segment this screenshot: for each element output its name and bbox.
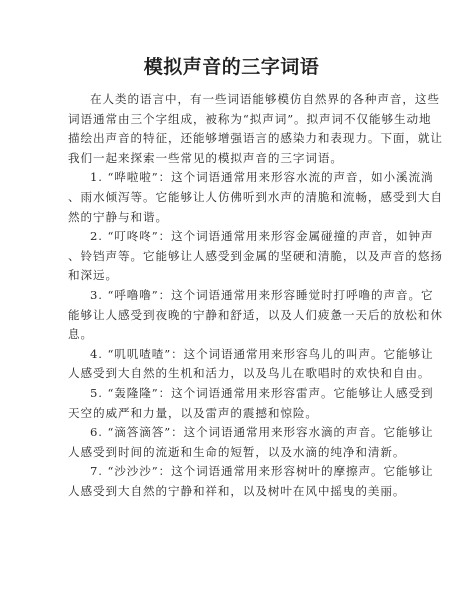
list-item-7: 7. “沙沙沙”：这个词语通常用来形容树叶的摩擦声。它能够让 人感受到大自然的宁… <box>68 462 398 501</box>
text-line: 、雨水倾泻等。它能够让人仿佛听到水声的清脆和流畅，感受到大自 <box>68 188 398 208</box>
text-line: 4. “叽叽喳喳”：这个词语通常用来形容鸟儿的叫声。它能够让 <box>68 345 398 365</box>
document-title: 模拟声音的三字词语 <box>0 52 463 79</box>
text-line: 5. “轰隆隆”：这个词语通常用来形容雷声。它能够让人感受到 <box>68 384 398 404</box>
text-line: 2. “叮咚咚”：这个词语通常用来形容金属碰撞的声音，如钟声 <box>68 227 398 247</box>
list-item-3: 3. “呼噜噜”：这个词语通常用来形容睡觉时打呼噜的声音。它 能够让人感受到夜晚… <box>68 286 398 345</box>
text-line: 息。 <box>68 325 398 345</box>
text-line: 人感受到时间的流逝和生命的短暂，以及水滴的纯净和清新。 <box>68 443 398 463</box>
text-line: 天空的威严和力量，以及雷声的震撼和惊险。 <box>68 404 398 424</box>
text-line: 描绘出声音的特征，还能够增强语言的感染力和表现力。下面，就让 <box>68 129 398 149</box>
text-line: 词语通常由三个字组成，被称为“拟声词”。拟声词不仅能够生动地 <box>68 110 398 130</box>
text-line: 人感受到大自然的宁静和祥和，以及树叶在风中摇曳的美丽。 <box>68 482 398 502</box>
text-line: 1. “哗啦啦”：这个词语通常用来形容水流的声音，如小溪流淌 <box>68 168 398 188</box>
text-line: 3. “呼噜噜”：这个词语通常用来形容睡觉时打呼噜的声音。它 <box>68 286 398 306</box>
text-line: 人感受到大自然的生机和活力，以及鸟儿在歌唱时的欢快和自由。 <box>68 364 398 384</box>
text-line: 6. “滴答滴答”：这个词语通常用来形容水滴的声音。它能够让 <box>68 423 398 443</box>
text-line: 7. “沙沙沙”：这个词语通常用来形容树叶的摩擦声。它能够让 <box>68 462 398 482</box>
list-item-6: 6. “滴答滴答”：这个词语通常用来形容水滴的声音。它能够让 人感受到时间的流逝… <box>68 423 398 462</box>
text-line: 在人类的语言中，有一些词语能够模仿自然界的各种声音，这些 <box>68 90 398 110</box>
list-item-4: 4. “叽叽喳喳”：这个词语通常用来形容鸟儿的叫声。它能够让 人感受到大自然的生… <box>68 345 398 384</box>
document-body: 在人类的语言中，有一些词语能够模仿自然界的各种声音，这些 词语通常由三个字组成，… <box>68 90 398 501</box>
text-line: 我们一起来探索一些常见的模拟声音的三字词语。 <box>68 149 398 169</box>
intro-paragraph: 在人类的语言中，有一些词语能够模仿自然界的各种声音，这些 词语通常由三个字组成，… <box>68 90 398 168</box>
list-item-5: 5. “轰隆隆”：这个词语通常用来形容雷声。它能够让人感受到 天空的威严和力量，… <box>68 384 398 423</box>
text-line: 、铃铛声等。它能够让人感受到金属的坚硬和清脆，以及声音的悠扬 <box>68 247 398 267</box>
list-item-2: 2. “叮咚咚”：这个词语通常用来形容金属碰撞的声音，如钟声 、铃铛声等。它能够… <box>68 227 398 286</box>
document-page: 模拟声音的三字词语 在人类的语言中，有一些词语能够模仿自然界的各种声音，这些 词… <box>0 0 463 600</box>
text-line: 和深远。 <box>68 266 398 286</box>
text-line: 能够让人感受到夜晚的宁静和舒适，以及人们疲惫一天后的放松和休 <box>68 306 398 326</box>
list-item-1: 1. “哗啦啦”：这个词语通常用来形容水流的声音，如小溪流淌 、雨水倾泻等。它能… <box>68 168 398 227</box>
text-line: 然的宁静与和谐。 <box>68 208 398 228</box>
